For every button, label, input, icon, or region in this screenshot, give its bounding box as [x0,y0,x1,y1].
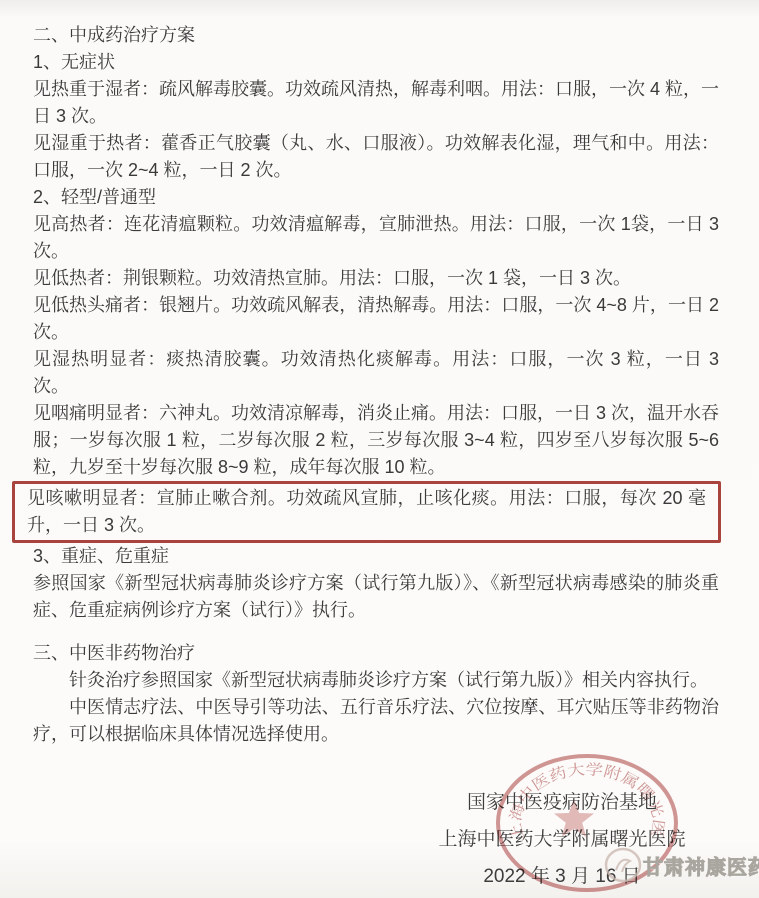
para-high-fever: 见高热者：连花清瘟颗粒。功效清瘟解毒，宣肺泄热。用法：口服，一次 1袋，一日 3… [33,211,719,265]
org-name-line: 国家中医疫病防治基地 [397,784,727,821]
heading-section-3-non-drug-therapy: 三、中医非药物治疗 [33,640,719,667]
date-line: 2022 年 3 月 16 日 [397,858,727,895]
para-damp-heat: 见湿热明显者：痰热清胶囊。功效清热化痰解毒。用法：口服，一次 3 粒，一日 3 … [33,346,719,400]
para-low-fever: 见低热者：荆银颗粒。功效清热宣肺。用法：口服，一次 1 袋，一日 3 次。 [33,265,719,292]
document-page: 二、中成药治疗方案 1、无症状 见热重于湿者：疏风解毒胶囊。功效疏风清热，解毒利… [0,0,759,898]
para-heat-over-damp: 见热重于湿者：疏风解毒胶囊。功效疏风清热，解毒利咽。用法：口服，一次 4 粒，一… [33,76,719,130]
para-other-therapies: 中医情志疗法、中医导引等功法、五行音乐疗法、穴位按摩、耳穴贴压等非药物治疗，可以… [33,694,719,748]
subheading-mild-common-type: 2、轻型/普通型 [33,184,719,211]
signature-block: 国家中医疫病防治基地 上海中医药大学附属曙光医院 2022 年 3 月 16 日 [397,784,727,895]
heading-section-2-tcm-patent-medicine: 二、中成药治疗方案 [33,22,719,49]
document-body: 二、中成药治疗方案 1、无症状 见热重于湿者：疏风解毒胶囊。功效疏风清热，解毒利… [33,22,719,748]
para-acupuncture: 针灸治疗参照国家《新型冠状病毒肺炎诊疗方案（试行第九版）》相关内容执行。 [33,667,719,694]
hospital-name-line: 上海中医药大学附属曙光医院 [397,821,727,858]
subheading-asymptomatic: 1、无症状 [33,49,719,76]
para-severe-reference: 参照国家《新型冠状病毒肺炎诊疗方案（试行第九版）》、《新型冠状病毒感染的肺炎重症… [33,570,719,624]
para-low-fever-headache: 见低热头痛者：银翘片。功效疏风解表，清热解毒。用法：口服，一次 4~8 片，一日… [33,292,719,346]
para-damp-over-heat: 见湿重于热者：藿香正气胶囊（丸、水、口服液）。功效解表化湿，理气和中。用法：口服… [33,130,719,184]
para-sore-throat: 见咽痛明显者：六神丸。功效清凉解毒，消炎止痛。用法：口服，一日 3 次，温开水吞… [33,400,719,481]
highlighted-paragraph-cough: 见咳嗽明显者：宣肺止嗽合剂。功效疏风宣肺，止咳化痰。用法：口服，每次 20 毫升… [12,481,721,543]
subheading-severe-critical: 3、重症、危重症 [33,543,719,570]
